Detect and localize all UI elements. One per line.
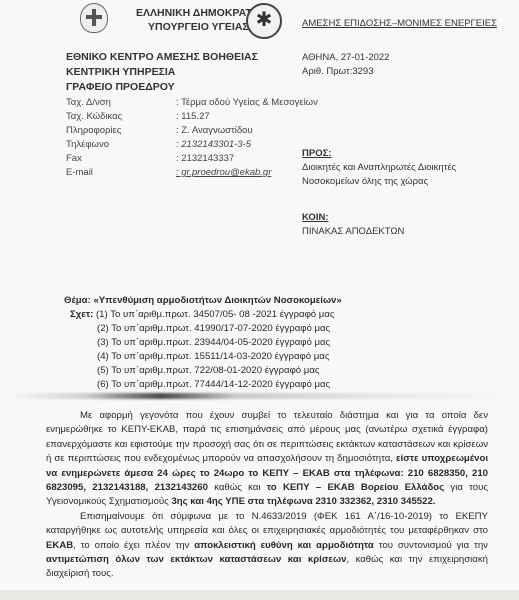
field-label-phone: Τηλέφωνο xyxy=(66,139,109,150)
body-text: Επισημαίνουμε ότι σύμφωνα με το Ν.4633/2… xyxy=(46,511,488,536)
scan-edge xyxy=(0,590,519,600)
subject-line: Θέμα: «Υπενθύμιση αρμοδιοτήτων Διοικητών… xyxy=(64,295,342,306)
body-text: καθώς και xyxy=(208,482,267,493)
body-bold: 3ης και 4ης ΥΠΕ στα τηλέφωνα 2310 332362… xyxy=(171,496,435,507)
field-label-postcode: Ταχ. Κώδικας xyxy=(66,111,122,122)
to-label: ΠΡΟΣ: xyxy=(302,148,331,159)
field-value-phone: : 2132143301-3-5 xyxy=(176,139,251,150)
sender-org: ΕΘΝΙΚΟ ΚΕΝΤΡΟ ΑΜΕΣΗΣ ΒΟΗΘΕΙΑΣ xyxy=(66,51,258,63)
sender-service: ΚΕΝΤΡΙΚΗ ΥΠΗΡΕΣΙΑ xyxy=(66,66,175,78)
to-line-1: Διοικητές και Αναπληρωτές Διοικητές xyxy=(302,162,456,173)
field-value-postcode: : 115.27 xyxy=(176,111,210,122)
subject-text: «Υπενθύμιση αρμοδιοτήτων Διοικητών Νοσοκ… xyxy=(93,295,341,306)
field-label-fax: Fax xyxy=(66,153,82,164)
cc-label: ΚΟΙΝ: xyxy=(302,212,328,223)
field-value-fax: : 2132143337 xyxy=(176,153,234,164)
ref-item: (2) Το υπ΄αριθμ.πρωτ. 41990/17-07-2020 έ… xyxy=(97,323,330,334)
ref-item: (4) Το υπ΄αριθμ.πρωτ. 15511/14-03-2020 έ… xyxy=(97,351,329,362)
field-label-email: E-mail xyxy=(66,167,93,178)
body-bold: αποκλειστική ευθύνη και αρμοδιότητα xyxy=(194,540,374,551)
body-text: , το οποίο έχει πλέον την xyxy=(73,540,194,551)
scan-smudge xyxy=(10,393,510,399)
body-bold: αντιμετώπιση όλων των εκτάκτων καταστάσε… xyxy=(46,554,346,565)
star-of-life-icon: ✱ xyxy=(246,3,282,39)
subject-label: Θέμα: xyxy=(64,295,91,306)
urgency-label: ΑΜΕΣΗΣ ΕΠΙΔΟΣΗΣ–ΜΟΝΙΜΕΣ ΕΝΕΡΓΕΙΕΣ xyxy=(302,18,497,29)
field-label-address: Ταχ. Δ/νση xyxy=(66,97,111,108)
ref-item: (6) Το υπ΄αριθμ.πρωτ. 77444/14-12-2020 έ… xyxy=(97,379,330,390)
sender-office: ΓΡΑΦΕΙΟ ΠΡΟΕΔΡΟΥ xyxy=(66,81,175,93)
ref-item: (5) Το υπ΄αριθμ.πρωτ. 722/08-01-2020 έγγ… xyxy=(97,365,320,376)
republic-title: ΕΛΛΗΝΙΚΗ ΔΗΜΟΚΡΑΤΙΑ xyxy=(136,7,262,19)
ref-item: (3) Το υπ΄αριθμ.πρωτ. 23944/04-05-2020 έ… xyxy=(97,337,330,348)
place-date: ΑΘΗΝΑ, 27-01-2022 xyxy=(302,52,389,63)
field-label-info: Πληροφορίες xyxy=(66,125,121,136)
document-page: ΕΛΛΗΝΙΚΗ ΔΗΜΟΚΡΑΤΙΑ ΥΠΟΥΡΓΕΙΟ ΥΓΕΙΑΣ ✱ Α… xyxy=(0,0,519,600)
body-text: του συντονισμού για την xyxy=(374,540,488,551)
ref-item: (1) Το υπ΄αριθμ.πρωτ. 34507/05- 08 -2021… xyxy=(96,309,335,320)
ref-row-1: Σχετ: (1) Το υπ΄αριθμ.πρωτ. 34507/05- 08… xyxy=(70,309,335,320)
to-line-2: Νοσοκομείων όλης της χώρας xyxy=(302,176,428,187)
field-value-address: : Τέρμα οδού Υγείας & Μεσογείων xyxy=(176,97,318,108)
ref-label: Σχετ: xyxy=(70,309,93,320)
body-paragraph-1: Με αφορμή γεγονότα που έχουν συμβεί το τ… xyxy=(46,409,488,582)
field-value-email[interactable]: : gr.proedrou@ekab.gr xyxy=(176,167,271,178)
body-bold: ΕΚΑΒ xyxy=(46,540,73,551)
body-bold: το ΚΕΠΥ – ΕΚΑΒ Βορείου Ελλάδος xyxy=(267,482,444,493)
ministry-title: ΥΠΟΥΡΓΕΙΟ ΥΓΕΙΑΣ xyxy=(148,21,249,33)
greek-coat-of-arms-icon xyxy=(80,3,108,33)
cc-value: ΠΙΝΑΚΑΣ ΑΠΟΔΕΚΤΩΝ xyxy=(302,226,404,237)
protocol-number: Αριθ. Πρωτ:3293 xyxy=(302,66,374,77)
field-value-info: : Ζ. Αναγνωστίδου xyxy=(176,125,253,136)
